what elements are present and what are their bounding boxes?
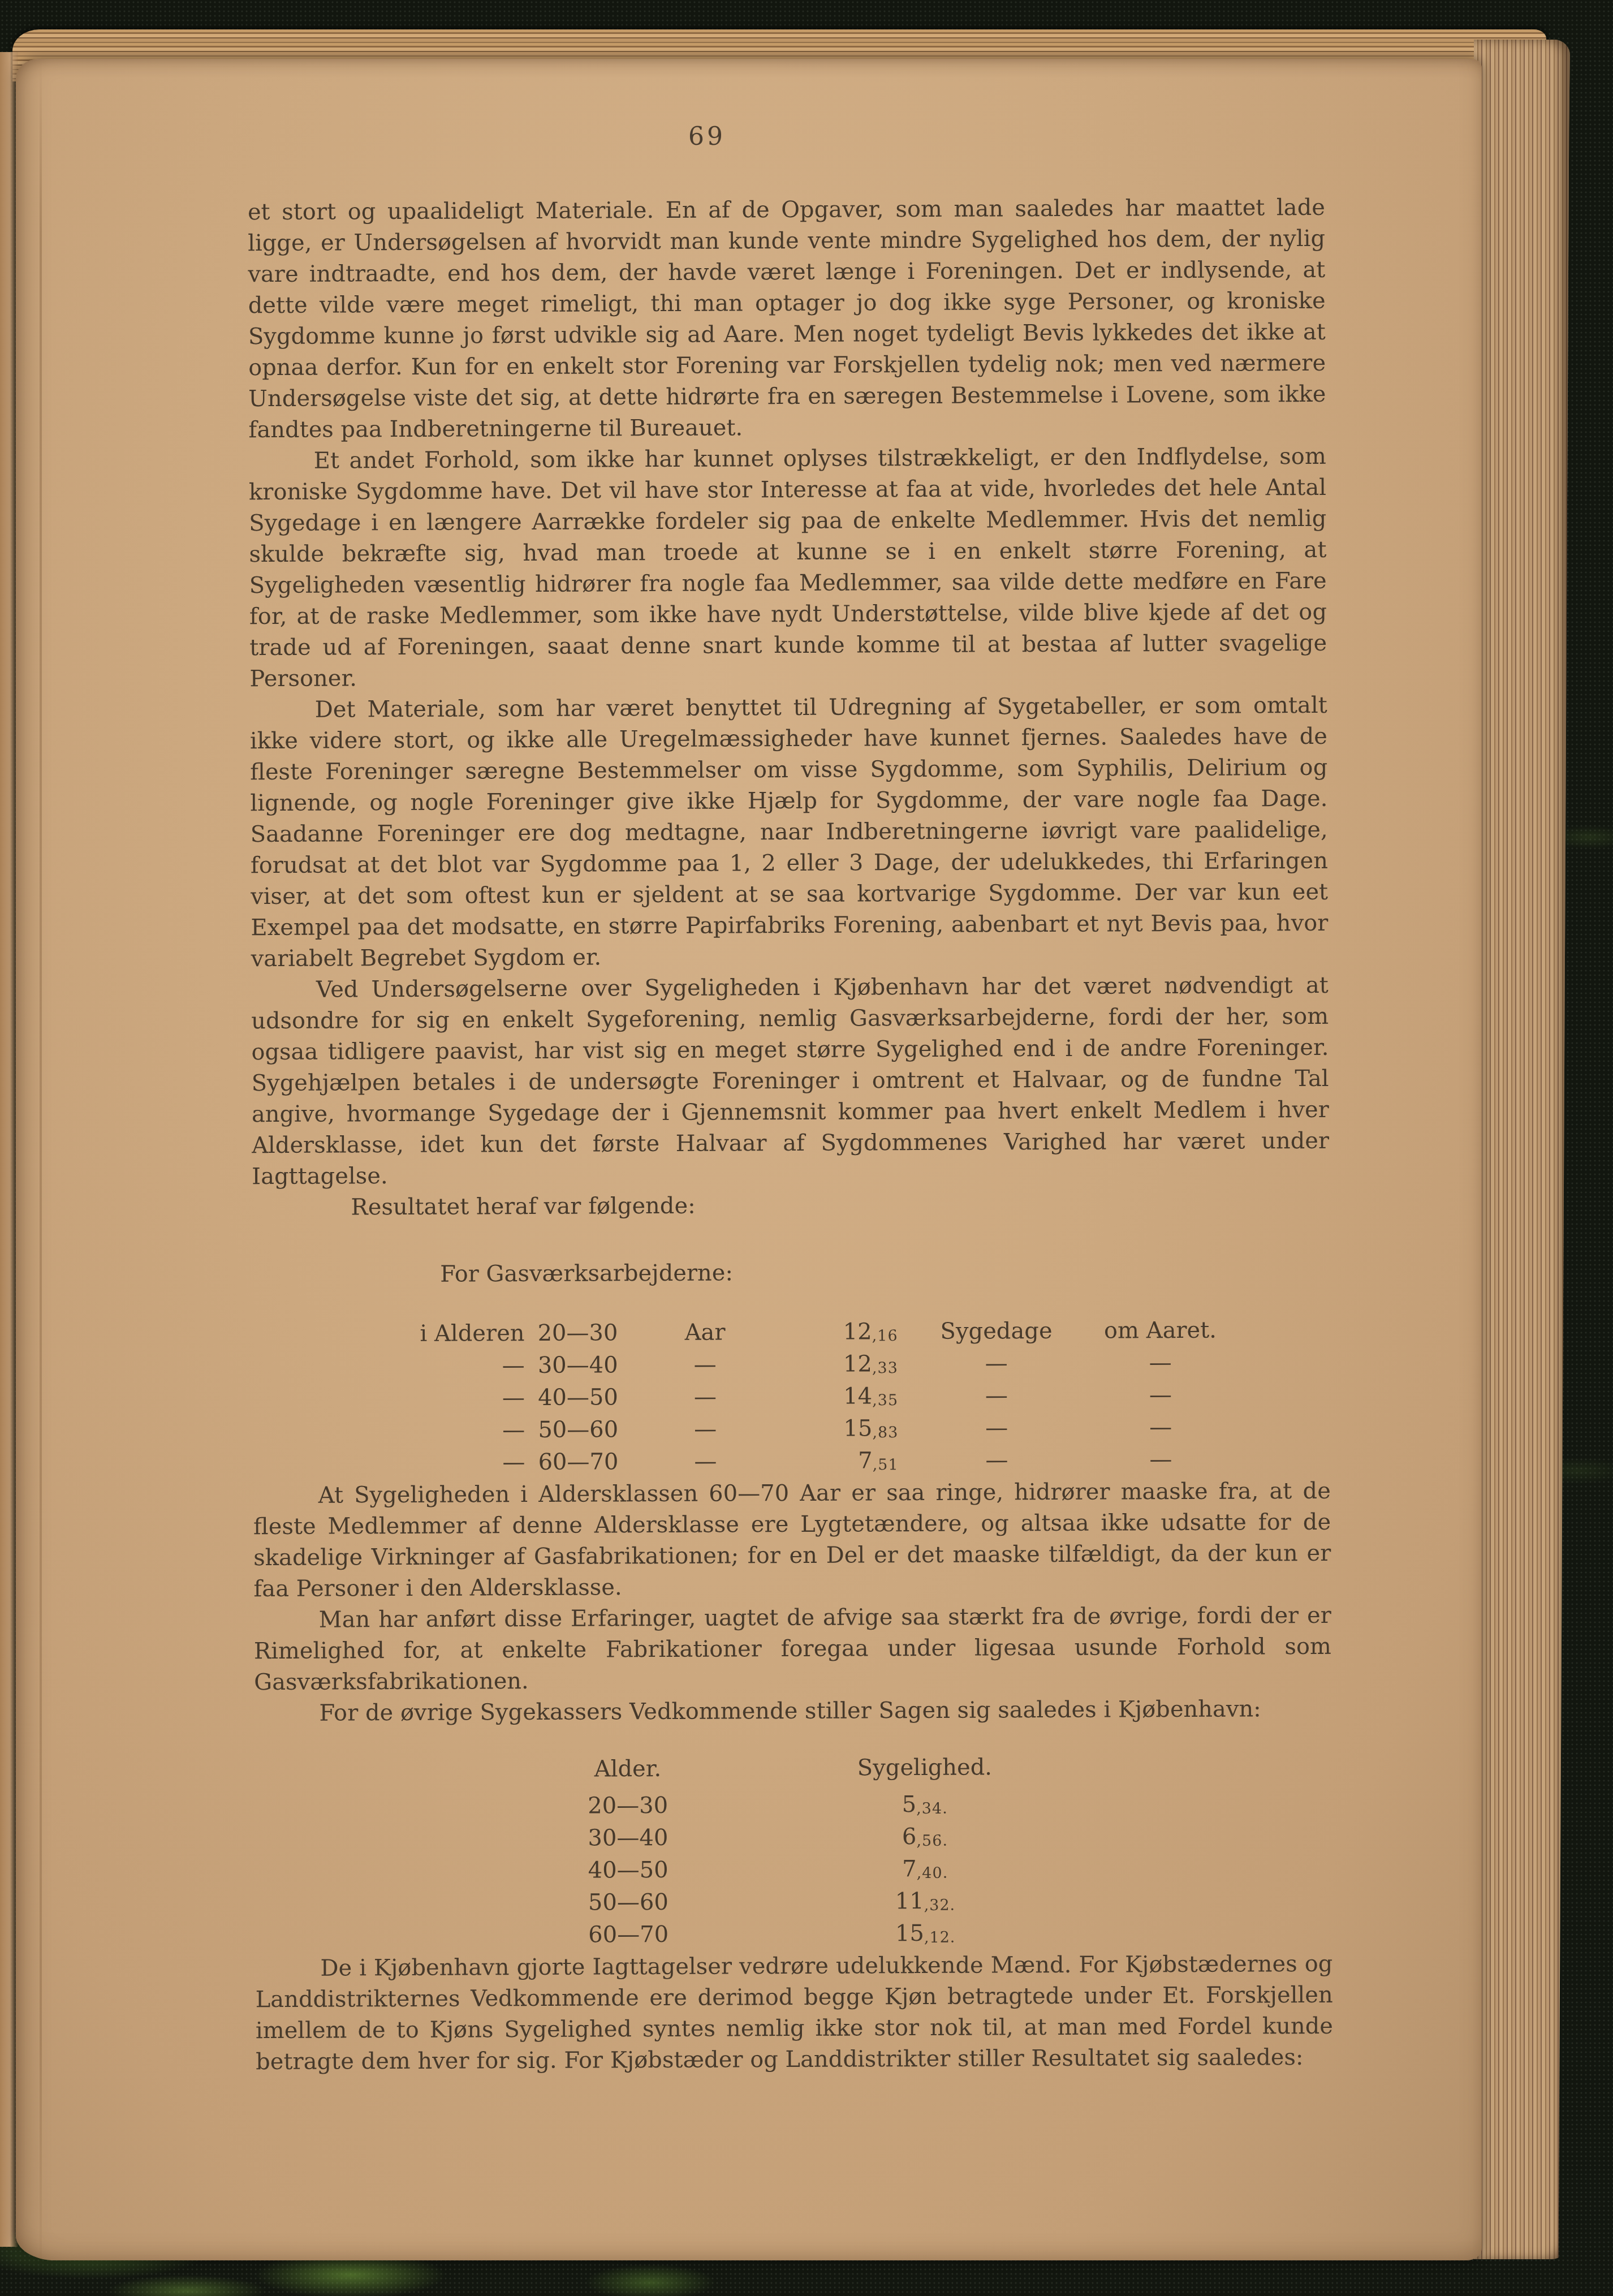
body-text: et stort og upaalideligt Materiale. En a… xyxy=(248,192,1333,2078)
table-cell: 7,51 xyxy=(787,1445,906,1479)
table-cell: — xyxy=(623,1349,787,1381)
table-cell: — xyxy=(906,1380,1087,1412)
paragraph: Man har anført disse Erfaringer, uagtet … xyxy=(254,1600,1332,1698)
table-cell: — xyxy=(623,1414,787,1445)
paragraph-result-intro: Resultatet heraf var følgende: xyxy=(252,1188,1329,1224)
table-cell: 20—30 xyxy=(452,1790,803,1823)
paragraph-table2-intro: For de øvrige Sygekassers Vedkommende st… xyxy=(254,1694,1331,1729)
table-cell: 60—70 xyxy=(533,1446,623,1478)
table-row: 30—406,56. xyxy=(452,1821,1075,1856)
table-row: —30—40—12,33—— xyxy=(253,1347,1330,1384)
table-cell: 14,35 xyxy=(787,1381,906,1415)
table-cell: 15,83 xyxy=(787,1413,906,1447)
table-cell: 20—30 xyxy=(532,1317,623,1349)
table-row: —50—60—15,83—— xyxy=(253,1411,1330,1448)
table-cell: 5,34. xyxy=(803,1789,1046,1823)
table-row: —60—70—7,51—— xyxy=(253,1444,1330,1480)
paragraph: Ved Undersøgelserne over Sygeligheden i … xyxy=(251,970,1330,1192)
table-cell: 6,56. xyxy=(803,1821,1046,1855)
table-cell: i Alderen xyxy=(252,1318,532,1350)
table-cell: 15,12. xyxy=(804,1918,1047,1952)
table-cell: — xyxy=(253,1382,533,1415)
table-row: i Alderen20—30Aar12,16Sygedageom Aaret. xyxy=(252,1315,1330,1351)
table-header-cell: Sygelighed. xyxy=(803,1752,1046,1784)
table-cell: 60—70 xyxy=(453,1919,804,1952)
page-stack-right-edge xyxy=(1474,40,1570,2259)
table-cell: — xyxy=(253,1350,533,1382)
table-header-cell: Alder. xyxy=(452,1753,803,1786)
table-row: 40—507,40. xyxy=(453,1853,1075,1888)
table-cell: — xyxy=(1087,1444,1234,1476)
page-fold-line xyxy=(40,59,42,2260)
table-cell: Sygedage xyxy=(905,1316,1086,1347)
page-number: 69 xyxy=(656,122,758,151)
table-cell: 50—60 xyxy=(453,1886,804,1919)
table-cell: 11,32. xyxy=(804,1885,1047,1920)
table-cell: 50—60 xyxy=(533,1414,623,1446)
table-cell: — xyxy=(906,1348,1087,1380)
table-row: Alder.Sygelighed. xyxy=(452,1752,1075,1787)
table-cell: — xyxy=(1087,1347,1234,1379)
table-cell: — xyxy=(906,1412,1087,1444)
table-cell: 12,16 xyxy=(787,1316,905,1350)
table-cell: — xyxy=(253,1447,533,1479)
table-cell: 12,33 xyxy=(787,1349,906,1382)
table-row: 60—7015,12. xyxy=(453,1918,1075,1953)
table-cell: — xyxy=(1087,1412,1234,1444)
table-cell: 30—40 xyxy=(533,1350,623,1381)
gasworks-table-heading: For Gasværksarbejderne: xyxy=(440,1255,1330,1290)
table-cell: — xyxy=(1087,1380,1234,1411)
table-cell: 40—50 xyxy=(453,1854,804,1887)
table-row: 20—305,34. xyxy=(452,1789,1075,1824)
table-cell: — xyxy=(253,1415,533,1447)
paragraph: Et andet Forhold, som ikke har kunnet op… xyxy=(249,441,1327,695)
table-cell: 7,40. xyxy=(804,1853,1047,1888)
table-row: 50—6011,32. xyxy=(453,1885,1075,1920)
table-cell: Aar xyxy=(623,1317,787,1349)
book-page: 69 et stort og upaalideligt Materiale. E… xyxy=(16,59,1482,2260)
table-cell: om Aaret. xyxy=(1086,1315,1234,1347)
paragraph-closing: De i Kjøbenhavn gjorte Iagttagelser vedr… xyxy=(255,1949,1333,2078)
table-cell: — xyxy=(623,1381,787,1413)
table-cell: 40—50 xyxy=(533,1382,623,1414)
gasworks-sickness-table: i Alderen20—30Aar12,16Sygedageom Aaret.—… xyxy=(252,1315,1330,1480)
paragraph: Det Materiale, som har været benyttet ti… xyxy=(250,690,1329,975)
table-cell: — xyxy=(623,1446,787,1477)
table-cell: 30—40 xyxy=(452,1822,803,1855)
paragraph: At Sygeligheden i Aldersklassen 60—70 Aa… xyxy=(253,1476,1331,1605)
table-row: —40—50—14,35—— xyxy=(253,1379,1330,1416)
age-sickness-table: Alder.Sygelighed.20—305,34.30—406,56.40—… xyxy=(452,1752,1076,1953)
paragraph-continuation: et stort og upaalideligt Materiale. En a… xyxy=(248,192,1326,446)
table-cell: — xyxy=(906,1445,1087,1476)
